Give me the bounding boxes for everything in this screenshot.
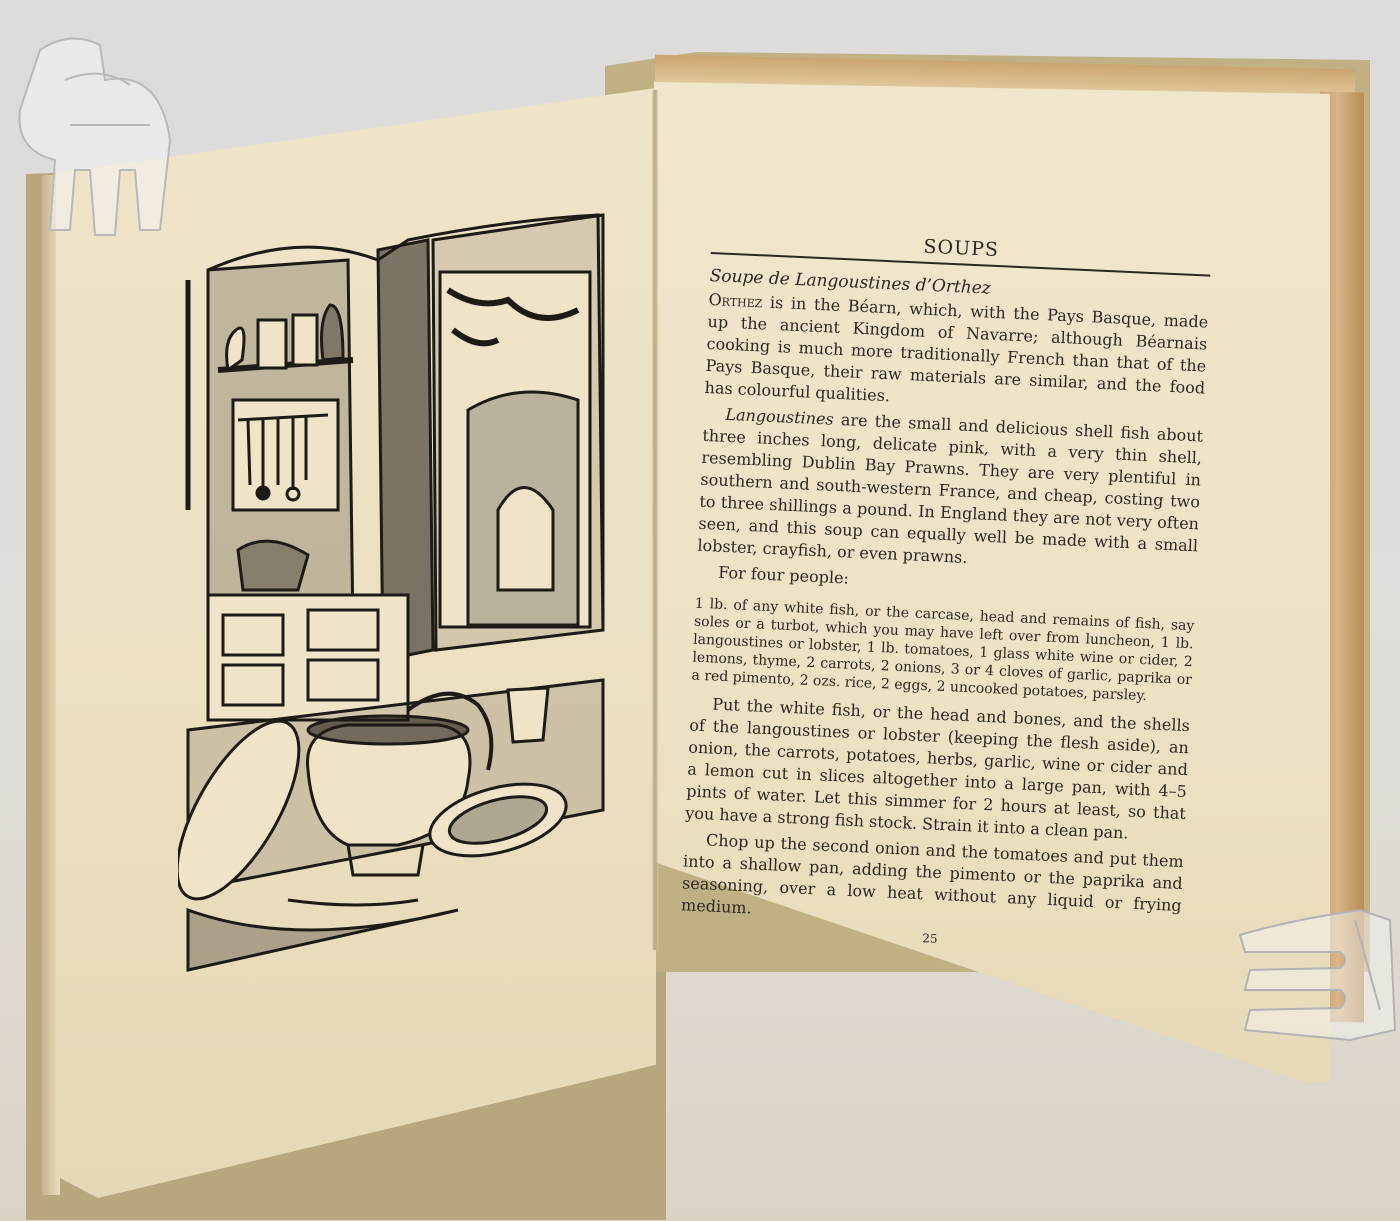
photo-scene: SOUPS Soupe de Langoustines d’Orthez Ort… (0, 0, 1400, 1221)
method-step-2: Chop up the second onion and the tomatoe… (681, 828, 1184, 939)
kitchen-illustration (178, 210, 608, 975)
right-page-text: SOUPS Soupe de Langoustines d’Orthez Ort… (680, 226, 1212, 957)
paragraph-intro: Orthez is in the Béarn, which, with the … (704, 289, 1208, 422)
hair-clip-top-left-icon (10, 30, 185, 245)
book-gutter (652, 90, 658, 950)
method-step-1: Put the white fish, or the head and bone… (685, 693, 1190, 848)
italic-lead-word: Langoustines (725, 405, 834, 429)
paragraph-langoustines: Langoustines are the small and delicious… (697, 403, 1203, 580)
ingredients-list: 1 lb. of any white fish, or the carcase,… (691, 595, 1195, 708)
hair-clip-right-icon (1230, 890, 1400, 1045)
drop-lead-word: Orthez (708, 290, 763, 311)
